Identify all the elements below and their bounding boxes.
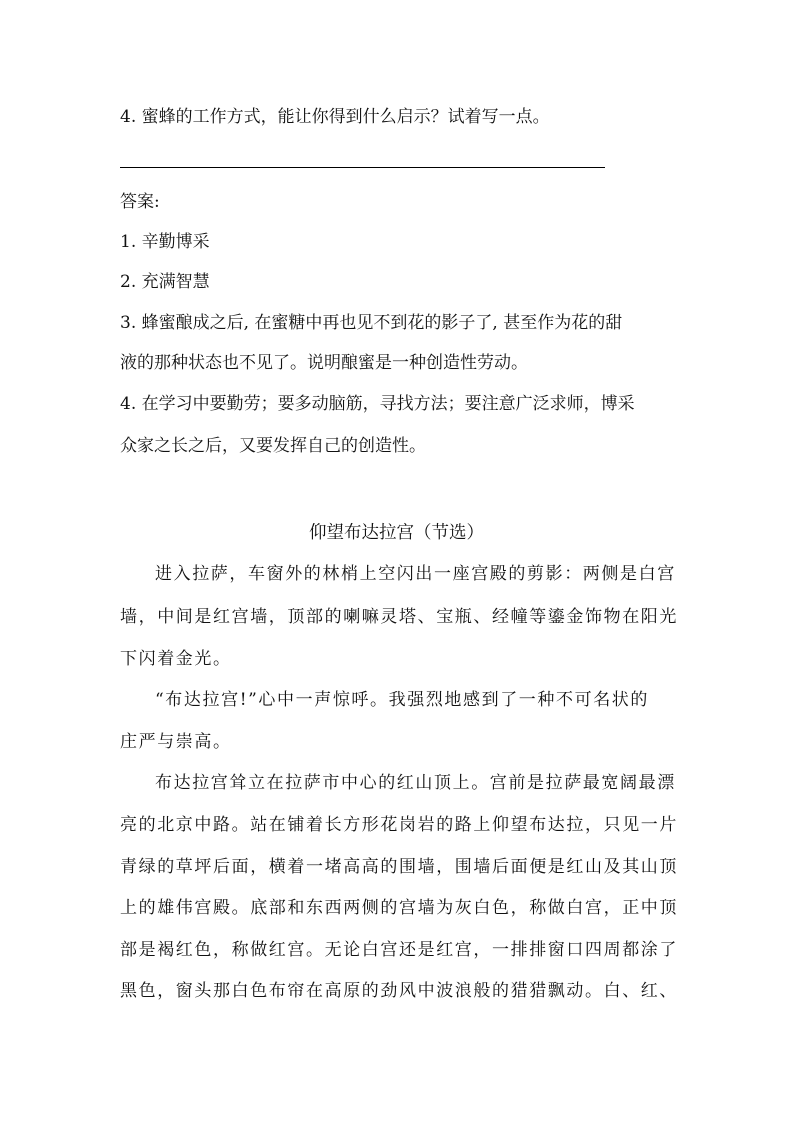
- paragraph-1-line-2: 墙，中间是红宫墙，顶部的喇嘛灵塔、宝瓶、经幢等鎏金饰物在阳光: [120, 607, 673, 627]
- answer-blank-line: [120, 167, 605, 168]
- answer-4-line-1: 4. 在学习中要勤劳；要多动脑筋，寻找方法；要注意广泛求师，博采: [120, 394, 635, 414]
- paragraph-1-line-1: 进入拉萨，车窗外的林梢上空闪出一座宫殿的剪影：两侧是白宫: [155, 564, 708, 584]
- paragraph-3-line-1: 布达拉宫耸立在拉萨市中心的红山顶上。宫前是拉萨最宽阔最漂: [155, 773, 708, 793]
- paragraph-2-line-1: “布达拉宫!”心中一声惊呼。我强烈地感到了一种不可名状的: [155, 690, 708, 710]
- paragraph-2-line-2: 庄严与崇高。: [120, 732, 673, 752]
- answer-4-line-2: 众家之长之后，又要发挥自己的创造性。: [120, 436, 426, 456]
- article-title: 仰望布达拉宫（节选）: [0, 519, 793, 544]
- paragraph-1-line-3: 下闪着金光。: [120, 649, 673, 669]
- paragraph-3-line-2: 亮的北京中路。站在铺着长方形花岗岩的路上仰望布达拉，只见一片: [120, 815, 673, 835]
- paragraph-3-line-3: 青绿的草坪后面，横着一堵高高的围墙，围墙后面便是红山及其山顶: [120, 857, 673, 877]
- answers-heading: 答案:: [120, 192, 160, 212]
- answer-3-line-1: 3. 蜂蜜酿成之后, 在蜜糖中再也见不到花的影子了, 甚至作为花的甜: [120, 313, 622, 333]
- paragraph-3-line-4: 上的雄伟宫殿。底部和东西两侧的宫墙为灰白色，称做白宫，正中顶: [120, 898, 673, 918]
- answer-3-line-2: 液的那种状态也不见了。说明酿蜜是一种创造性劳动。: [120, 353, 528, 373]
- paragraph-3-line-6: 黑色，窗头那白色布帘在高原的劲风中波浪般的猎猎飘动。白、红、: [120, 981, 673, 1001]
- answer-2: 2. 充满智慧: [120, 272, 210, 292]
- answer-1: 1. 辛勤博采: [120, 232, 210, 252]
- paragraph-3-line-5: 部是褐红色，称做红宫。无论白宫还是红宫，一排排窗口四周都涂了: [120, 940, 673, 960]
- question-4: 4. 蜜蜂的工作方式，能让你得到什么启示？试着写一点。: [120, 107, 550, 127]
